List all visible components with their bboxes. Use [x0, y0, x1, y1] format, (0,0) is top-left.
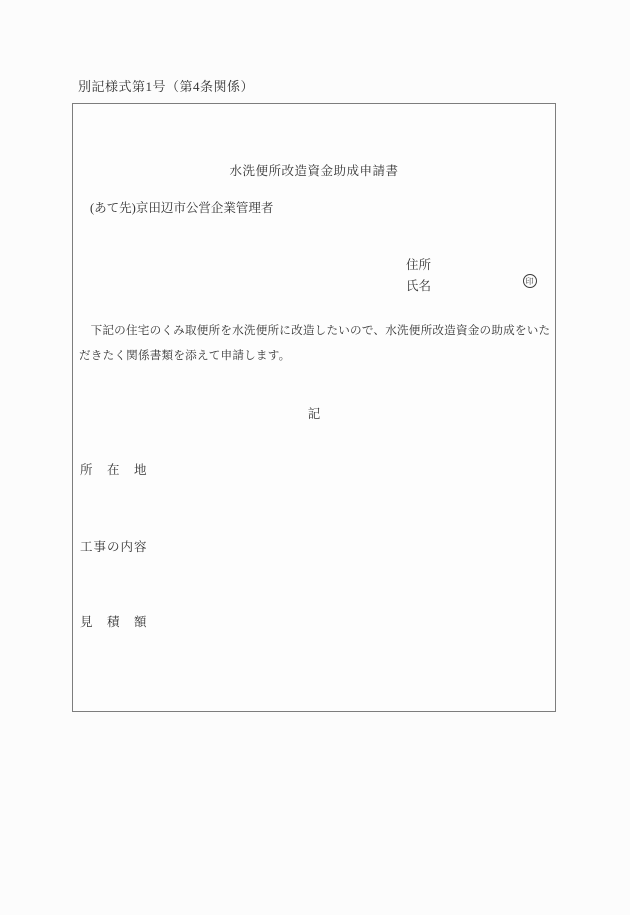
seal-mark-icon: 印 [523, 274, 537, 288]
seal-character: 印 [526, 277, 534, 285]
document-page: 別記様式第1号（第4条関係） 水洗便所改造資金助成申請書 (あて先)京田辺市公営… [0, 0, 630, 915]
application-body: 下記の住宅のくみ取便所を水洗便所に改造したいので、水洗便所改造資金の助成をいた … [79, 318, 549, 368]
form-border-box: 水洗便所改造資金助成申請書 (あて先)京田辺市公営企業管理者 住所 氏名 印 下… [72, 103, 556, 712]
field-label-estimate-amount: 見 積 額 [80, 612, 148, 630]
section-marker: 記 [73, 404, 555, 422]
body-line-1: 下記の住宅のくみ取便所を水洗便所に改造したいので、水洗便所改造資金の助成をいた [79, 318, 549, 343]
name-label: 氏名 [406, 276, 431, 294]
recipient-line: (あて先)京田辺市公営企業管理者 [90, 198, 273, 216]
address-label: 住所 [406, 255, 431, 273]
field-label-construction-details: 工事の内容 [80, 537, 148, 555]
form-title: 水洗便所改造資金助成申請書 [73, 161, 555, 179]
form-id-label: 別記様式第1号（第4条関係） [78, 76, 254, 95]
body-line-2: だきたく関係書類を添えて申請します。 [79, 343, 549, 368]
field-label-location: 所 在 地 [80, 460, 148, 478]
